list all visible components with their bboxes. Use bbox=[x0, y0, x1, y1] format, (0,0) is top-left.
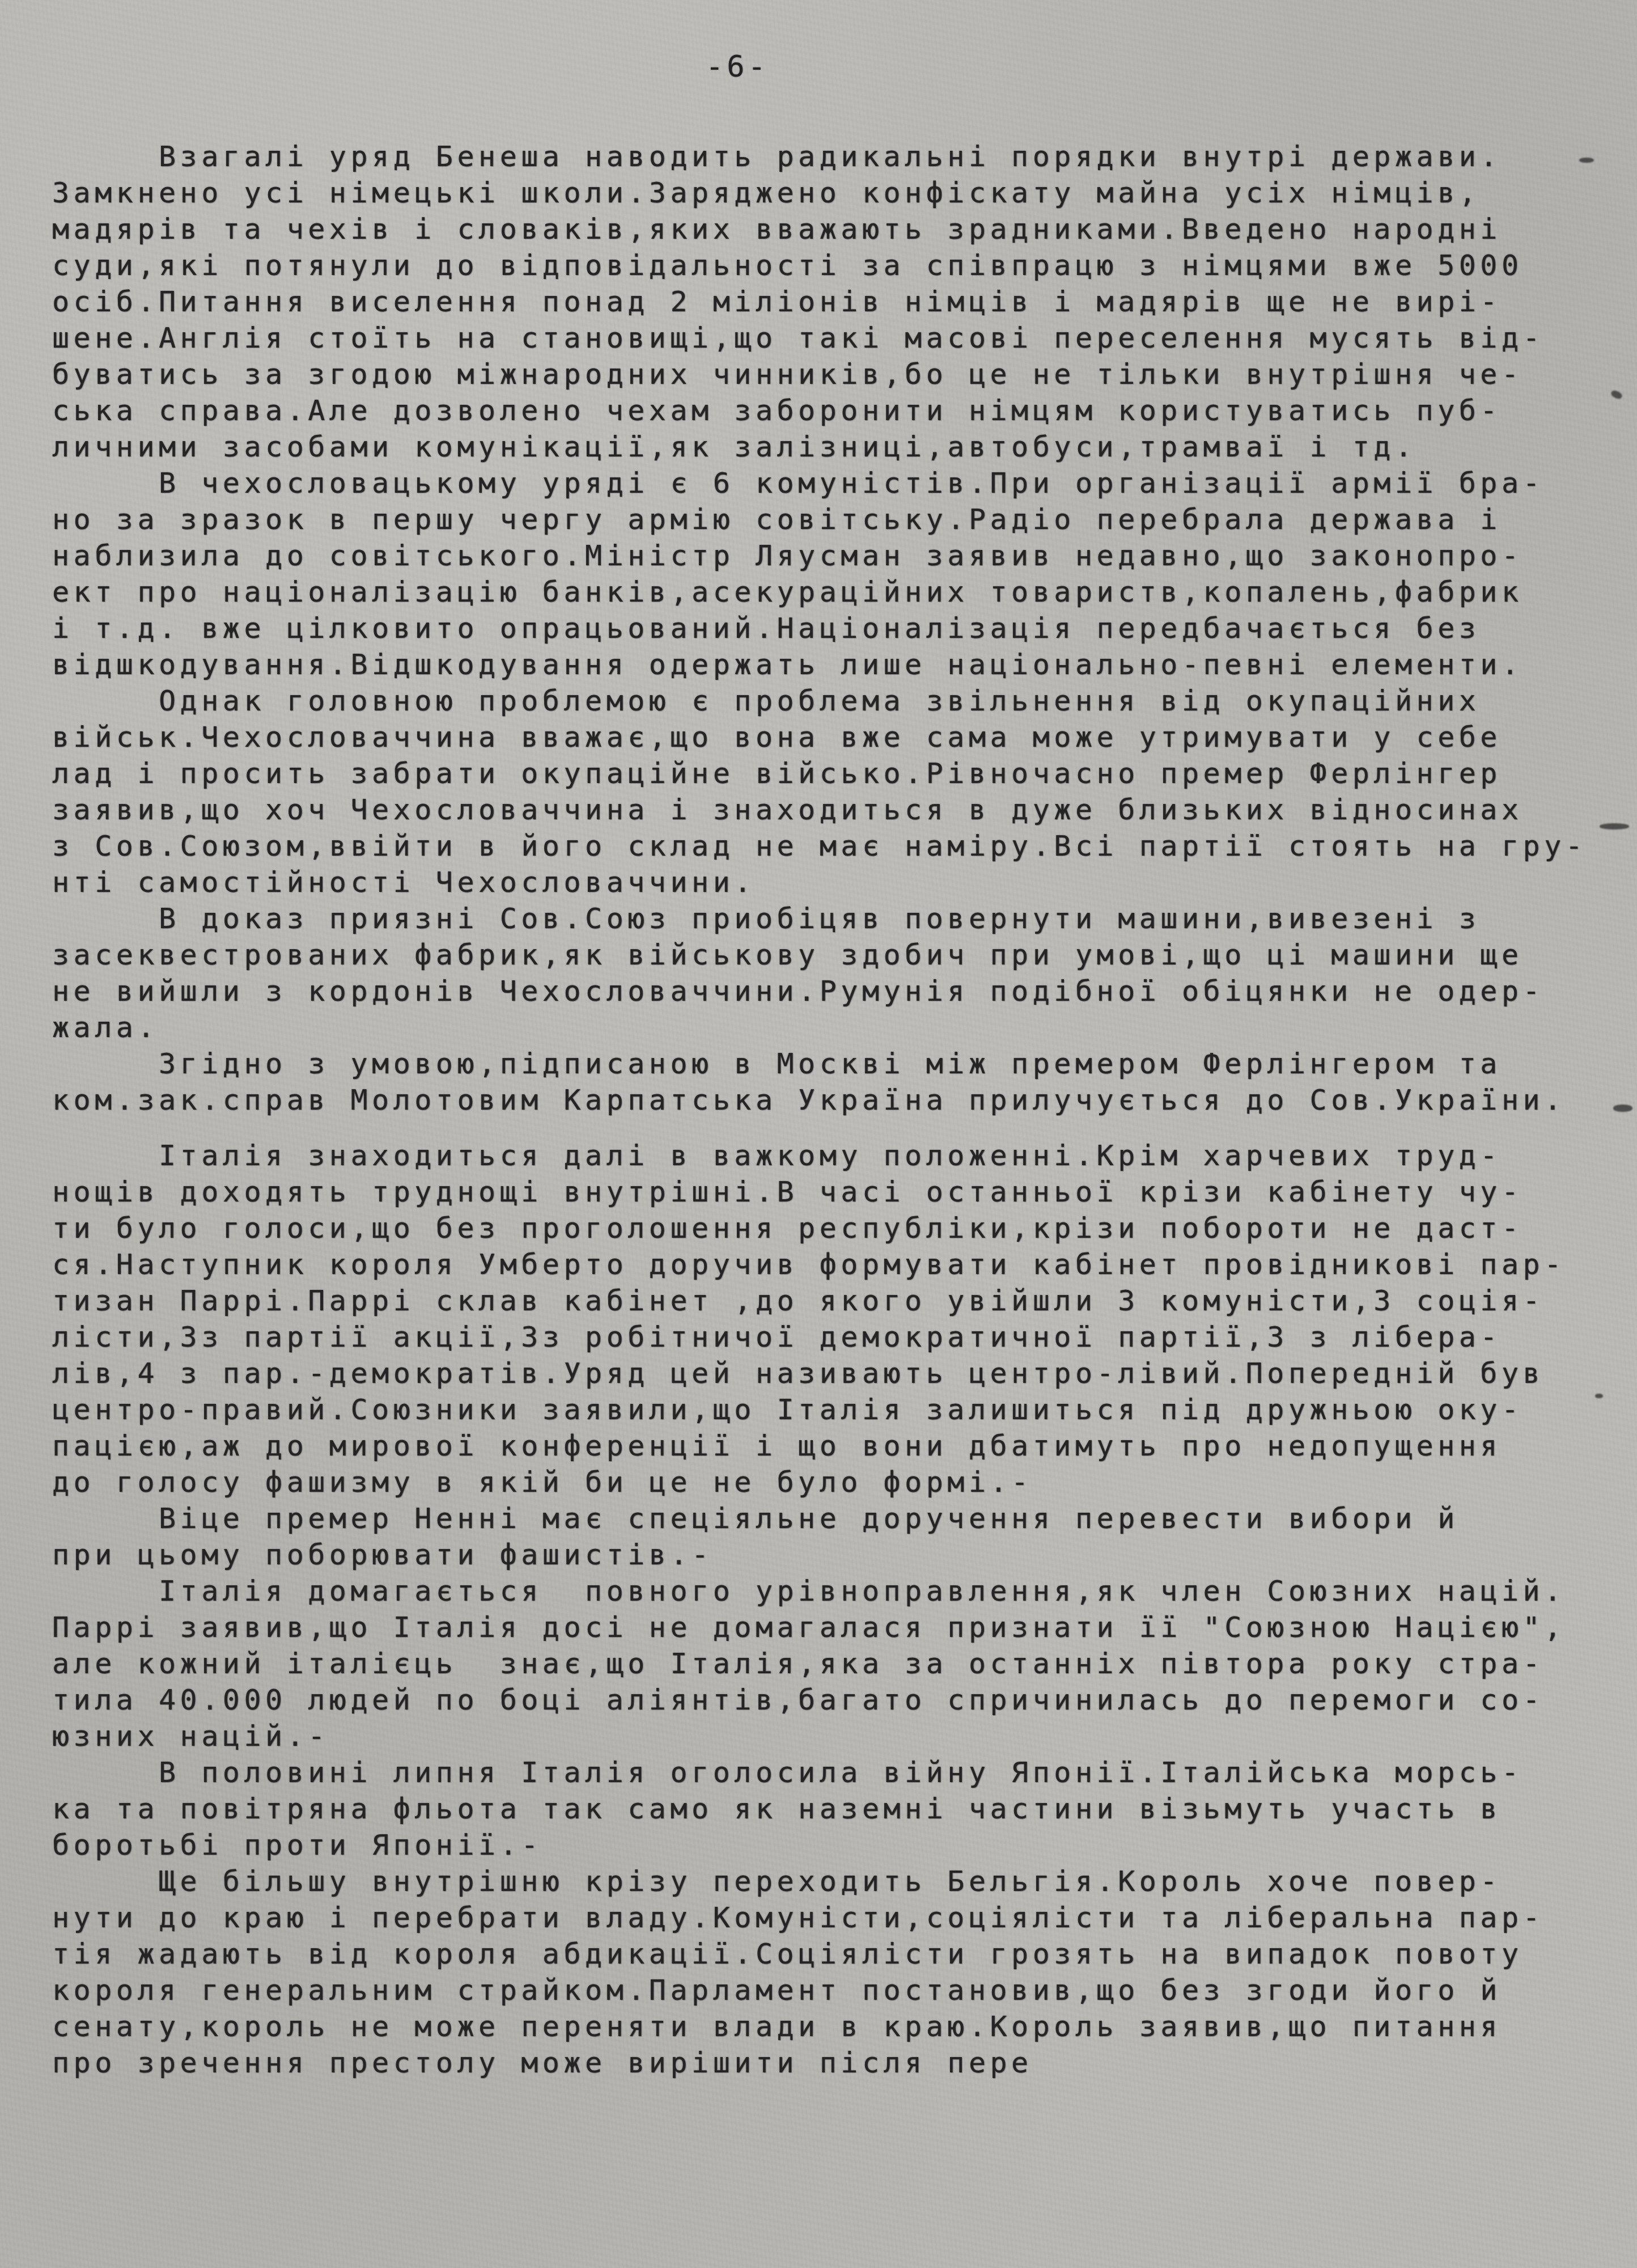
text-line: при цьому поборювати фашистів.- bbox=[52, 1537, 1634, 1573]
text-line: з Сов.Союзом,ввійти в його склад не має … bbox=[52, 828, 1634, 864]
text-line: ська справа.Але дозволено чехам заборони… bbox=[52, 392, 1634, 429]
text-line: короля генеральним страйком.Парламент по… bbox=[52, 1972, 1634, 2008]
text-line: Взагалі уряд Бенеша наводить радикальні … bbox=[52, 138, 1634, 175]
text-line: військ.Чехословаччина вважає,що вона вже… bbox=[52, 719, 1634, 755]
text-line: наблизила до совітського.Міністр Ляусман… bbox=[52, 538, 1634, 574]
text-line: В половині липня Італія оголосила війну … bbox=[52, 1754, 1634, 1791]
text-line: лів,4 з пар.-демократів.Уряд цей називаю… bbox=[52, 1355, 1634, 1391]
text-line: тія жадають від короля абдикації.Соціялі… bbox=[52, 1936, 1634, 1972]
text-line: буватись за згодою міжнародних чинників,… bbox=[52, 356, 1634, 392]
text-line: мадярів та чехів і словаків,яких вважают… bbox=[52, 211, 1634, 247]
text-line: юзних націй.- bbox=[52, 1718, 1634, 1754]
ink-speck bbox=[1595, 1394, 1603, 1398]
scanned-page: -6- Взагалі уряд Бенеша наводить радикал… bbox=[0, 0, 1637, 2268]
text-line: В чехословацькому уряді є 6 комуністів.П… bbox=[52, 465, 1634, 501]
text-line: ект про націоналізацію банків,асекурацій… bbox=[52, 574, 1634, 610]
text-line: нті самостійності Чехословаччини. bbox=[52, 864, 1634, 900]
text-line: нути до краю і перебрати владу.Комуністи… bbox=[52, 1899, 1634, 1936]
text-line: ка та повітряна фльота так само як назем… bbox=[52, 1791, 1634, 1827]
ink-speck bbox=[1600, 823, 1629, 830]
ink-speck bbox=[1579, 158, 1594, 163]
text-line: не вийшли з кордонів Чехословаччини.Руму… bbox=[52, 973, 1634, 1009]
text-line: жала. bbox=[52, 1009, 1634, 1046]
text-line: шене.Англія стоїть на становищі,що такі … bbox=[52, 320, 1634, 356]
text-line: ком.зак.справ Молотовим Карпатська Украї… bbox=[52, 1082, 1634, 1118]
text-line: суди,які потянули до відповідальності за… bbox=[52, 247, 1634, 283]
text-line: ся.Наступник короля Умберто доручив форм… bbox=[52, 1246, 1634, 1283]
text-line: лад і просить забрати окупаційне військо… bbox=[52, 755, 1634, 792]
text-line: відшкодування.Відшкодування одержать лиш… bbox=[52, 646, 1634, 683]
text-line: личними засобами комунікації,як залізниц… bbox=[52, 429, 1634, 465]
text-line: осіб.Питання виселення понад 2 міліонів … bbox=[52, 283, 1634, 320]
text-line: до голосу фашизму в якій би це не було ф… bbox=[52, 1464, 1634, 1500]
text-line: но за зразок в першу чергу армію совітсь… bbox=[52, 501, 1634, 538]
text-line: Однак головною проблемою є проблема звіл… bbox=[52, 683, 1634, 719]
text-line: Паррі заявив,що Італія досі не домагалас… bbox=[52, 1609, 1634, 1645]
text-line: тизан Паррі.Паррі склав кабінет ,до яког… bbox=[52, 1283, 1634, 1319]
text-line: сенату,король не може переняти влади в к… bbox=[52, 2008, 1634, 2045]
text-line: Віце премер Ненні має спеціяльне доручен… bbox=[52, 1500, 1634, 1537]
typewritten-text-block: Взагалі уряд Бенеша наводить радикальні … bbox=[52, 138, 1634, 2081]
text-line: тила 40.000 людей по боці аліянтів,багат… bbox=[52, 1682, 1634, 1718]
text-line: центро-правий.Союзники заявили,що Італія… bbox=[52, 1391, 1634, 1428]
text-line: ти було голоси,що без проголошення респу… bbox=[52, 1210, 1634, 1246]
text-line: нощів доходять труднощі внутрішні.В часі… bbox=[52, 1174, 1634, 1210]
text-line: про зречення престолу може вирішити післ… bbox=[52, 2045, 1634, 2081]
text-line: і т.д. вже цілковито опрацьований.Націон… bbox=[52, 610, 1634, 646]
text-line: заявив,що хоч Чехословаччина і знаходить… bbox=[52, 792, 1634, 828]
text-line: Італія знаходиться далі в важкому положе… bbox=[52, 1137, 1634, 1174]
text-line: В доказ приязні Сов.Союз приобіцяв повер… bbox=[52, 900, 1634, 937]
text-line: Згідно з умовою,підписаною в Москві між … bbox=[52, 1046, 1634, 1082]
text-line: пацією,аж до мирової конференції і що во… bbox=[52, 1428, 1634, 1464]
text-line: Замкнено усі німецькі школи.Заряджено ко… bbox=[52, 175, 1634, 211]
page-number: -6- bbox=[706, 50, 769, 84]
text-line: але кожний італієць знає,що Італія,яка з… bbox=[52, 1645, 1634, 1682]
text-line: засеквестрованих фабрик,як військову здо… bbox=[52, 937, 1634, 973]
text-line: Італія домагається повного урівноправлен… bbox=[52, 1573, 1634, 1609]
text-line: боротьбі проти Японії.- bbox=[52, 1827, 1634, 1863]
text-line: лісти,3з партії акції,3з робітничої демо… bbox=[52, 1319, 1634, 1355]
text-line: Ще більшу внутрішню крізу переходить Бел… bbox=[52, 1863, 1634, 1899]
ink-speck bbox=[1613, 1105, 1632, 1112]
